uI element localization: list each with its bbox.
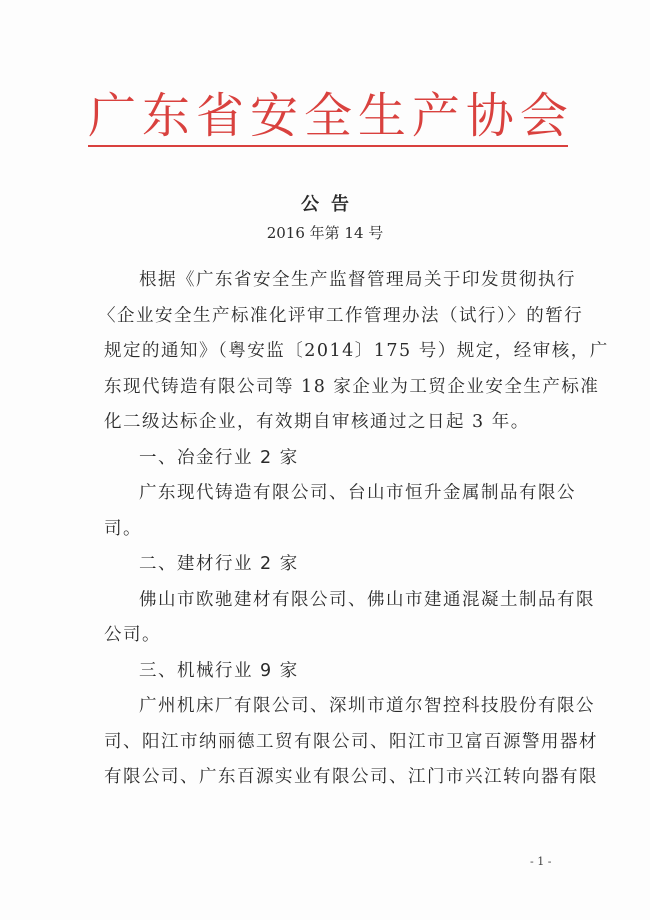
section-heading-machinery: 三、机械行业 9 家 [104, 654, 564, 690]
paragraph-line: 司、阳江市纳丽德工贸有限公司、阳江市卫富百源警用器材 [104, 725, 564, 761]
paragraph-line: 广东现代铸造有限公司、台山市恒升金属制品有限公 [104, 476, 564, 512]
paragraph-line: 公司。 [104, 618, 564, 654]
notice-number: 2016 年第 14 号 [0, 222, 650, 243]
org-char: 协 [466, 86, 514, 146]
org-char: 生 [358, 86, 406, 146]
page-number: - 1 - [530, 855, 551, 868]
paragraph-line: 司。 [104, 512, 564, 548]
org-char: 东 [142, 86, 190, 146]
paragraph-line: 有限公司、广东百源实业有限公司、江门市兴江转向器有限 [104, 760, 564, 796]
section-heading-metallurgy: 一、冶金行业 2 家 [104, 441, 564, 477]
paragraph-line: 东现代铸造有限公司等 18 家企业为工贸企业安全生产标准 [104, 370, 564, 406]
notice-title: 公告 [0, 190, 650, 216]
org-char: 省 [196, 86, 244, 146]
paragraph-line: 广州机床厂有限公司、深圳市道尔智控科技股份有限公 [104, 689, 564, 725]
paragraph-line: 佛山市欧驰建材有限公司、佛山市建通混凝土制品有限 [104, 583, 564, 619]
paragraph-line: 根据《广东省安全生产监督管理局关于印发贯彻执行 [104, 263, 564, 299]
org-char: 会 [520, 86, 568, 146]
paragraph-line: 规定的通知》（粤安监〔2014〕175 号）规定，经审核，广 [104, 334, 564, 370]
organization-title: 广 东 省 安 全 生 产 协 会 [88, 86, 568, 146]
section-heading-building-materials: 二、建材行业 2 家 [104, 547, 564, 583]
paragraph-line: 〈企业安全生产标准化评审工作管理办法（试行）〉的暂行 [98, 299, 564, 335]
org-char: 全 [304, 86, 352, 146]
org-char: 产 [412, 86, 460, 146]
paragraph-line: 化二级达标企业，有效期自审核通过之日起 3 年。 [104, 405, 564, 441]
document-body: 根据《广东省安全生产监督管理局关于印发贯彻执行 〈企业安全生产标准化评审工作管理… [104, 263, 564, 796]
org-char: 广 [88, 86, 136, 146]
header-divider [88, 145, 568, 147]
org-char: 安 [250, 86, 298, 146]
